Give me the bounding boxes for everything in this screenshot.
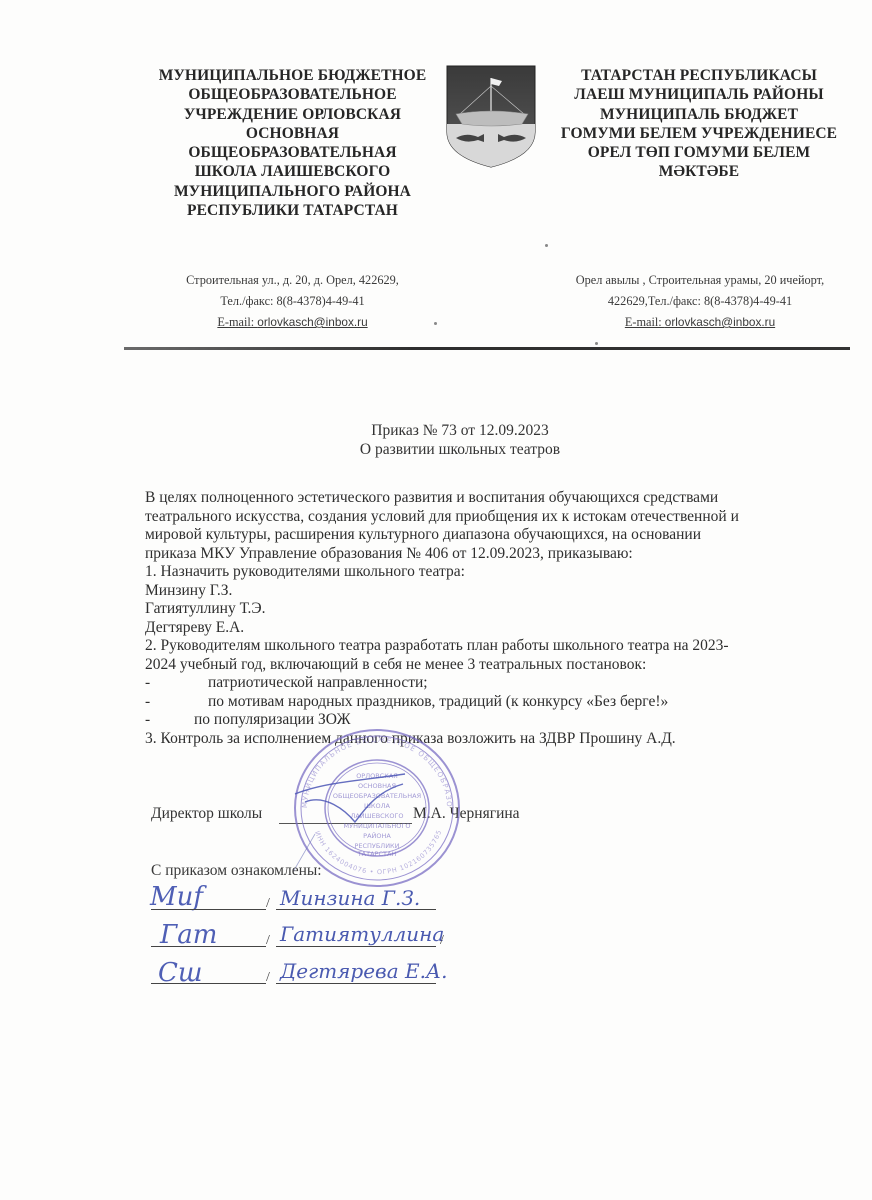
handwritten-name: Минзина Г.З. — [280, 886, 420, 910]
director-label: Директор школы — [151, 805, 262, 823]
contacts-right: Орел авылы , Строительная урамы, 20 ичей… — [540, 270, 860, 333]
separator: / — [266, 970, 270, 986]
item-2-line: 2024 учебный год, включающий в себя не м… — [145, 656, 785, 675]
header-line: ОБЩЕОБРАЗОВАТЕЛЬНОЕ — [140, 85, 445, 104]
header-line: ОБЩЕОБРАЗОВАТЕЛЬНАЯ — [140, 143, 445, 162]
signature-line — [151, 946, 266, 947]
name-line — [276, 909, 436, 910]
email-link[interactable]: orlovkasch@inbox.ru — [665, 315, 775, 329]
bullet-dash: - — [145, 693, 150, 712]
svg-text:РАЙОНА: РАЙОНА — [363, 831, 391, 840]
svg-text:ОБЩЕОБРАЗОВАТЕЛЬНАЯ: ОБЩЕОБРАЗОВАТЕЛЬНАЯ — [333, 792, 421, 800]
header-line: ОРЕЛ ТӨП ГОМУМИ БЕЛЕМ — [540, 143, 858, 162]
svg-text:РЕСПУБЛИКИ: РЕСПУБЛИКИ — [354, 842, 399, 850]
order-number: Приказ № 73 от 12.09.2023 — [300, 421, 620, 440]
order-title-block: Приказ № 73 от 12.09.2023 О развитии шко… — [300, 421, 620, 459]
header-line: РЕСПУБЛИКИ ТАТАРСТАН — [140, 201, 445, 220]
item-1: 1. Назначить руководителями школьного те… — [145, 563, 785, 582]
intro-line: мировой культуры, расширения культурного… — [145, 526, 785, 545]
contacts-left: Строительная ул., д. 20, д. Орел, 422629… — [140, 270, 445, 333]
item-3: 3. Контроль за исполнением данного прика… — [145, 730, 785, 749]
handwritten-signature: Мuf — [150, 882, 203, 912]
header-line: МУНИЦИПАЛЬНОЕ БЮДЖЕТНОЕ — [140, 66, 445, 85]
address: Строительная ул., д. 20, д. Орел, 422629… — [140, 270, 445, 291]
separator: / — [266, 933, 270, 949]
header-line: ТАТАРСТАН РЕСПУБЛИКАСЫ — [540, 66, 858, 85]
intro-line: приказа МКУ Управление образования № 406… — [145, 545, 785, 564]
intro-line: В целях полноценного эстетического разви… — [145, 489, 785, 508]
header-line: МУНИЦИПАЛЬНОГО РАЙОНА — [140, 182, 445, 201]
leader-name: Минзину Г.З. — [145, 582, 785, 601]
leader-name: Дегтяреву Е.А. — [145, 619, 785, 638]
email-row: E-mail: orlovkasch@inbox.ru — [140, 312, 445, 333]
header-line: МӘКТӘБЕ — [540, 162, 858, 181]
bullet-text: патриотической направленности; — [208, 674, 428, 693]
scan-speck — [434, 322, 437, 325]
handwritten-name: Гатиятуллина — [280, 922, 444, 946]
handwritten-name: Дегтярева Е.А. — [280, 959, 447, 983]
scan-speck — [510, 520, 512, 522]
bullet-item: - по популяризации ЗОЖ — [145, 711, 785, 730]
item-2-line: 2. Руководителям школьного театра разраб… — [145, 637, 785, 656]
header-line: ОСНОВНАЯ — [140, 124, 445, 143]
acknowledgement-label: С приказом ознакомлены: — [151, 862, 322, 880]
scan-speck — [595, 342, 598, 345]
address: Орел авылы , Строительная урамы, 20 ичей… — [540, 270, 860, 291]
separator: / — [266, 896, 270, 912]
bullet-item: - патриотической направленности; — [145, 674, 785, 693]
order-subject: О развитии школьных театров — [300, 440, 620, 459]
svg-text:МУНИЦИПАЛЬНОГО: МУНИЦИПАЛЬНОГО — [344, 822, 411, 830]
bullet-dash: - — [145, 711, 150, 730]
separator: / — [440, 933, 444, 949]
svg-text:ТАТАРСТАН: ТАТАРСТАН — [357, 850, 397, 858]
signature-line — [151, 983, 266, 984]
phone-fax: Тел./факс: 8(8-4378)4-49-41 — [140, 291, 445, 312]
email-link[interactable]: orlovkasch@inbox.ru — [257, 315, 367, 329]
leader-name: Гатиятуллину Т.Э. — [145, 600, 785, 619]
signature-line — [151, 909, 266, 910]
header-line: ГОМУМИ БЕЛЕМ УЧРЕЖДЕНИЕСЕ — [540, 124, 858, 143]
bullet-dash: - — [145, 674, 150, 693]
email-row: E-mail: orlovkasch@inbox.ru — [540, 312, 860, 333]
email-label: E-mail: — [217, 315, 257, 329]
coat-of-arms-icon — [444, 64, 538, 169]
intro-line: театрального искусства, создания условий… — [145, 508, 785, 527]
school-name-russian: МУНИЦИПАЛЬНОЕ БЮДЖЕТНОЕ ОБЩЕОБРАЗОВАТЕЛЬ… — [140, 66, 445, 220]
header-divider — [124, 347, 850, 350]
bullet-text: по мотивам народных праздников, традиций… — [208, 693, 668, 712]
scan-speck — [545, 244, 548, 247]
name-line — [276, 983, 436, 984]
header-line: МУНИЦИПАЛЬ БЮДЖЕТ — [540, 105, 858, 124]
name-line — [276, 946, 436, 947]
header-line: ЛАЕШ МУНИЦИПАЛЬ РАЙОНЫ — [540, 85, 858, 104]
school-name-tatar: ТАТАРСТАН РЕСПУБЛИКАСЫ ЛАЕШ МУНИЦИПАЛЬ Р… — [540, 66, 858, 182]
bullet-item: - по мотивам народных праздников, традиц… — [145, 693, 785, 712]
header-line: УЧРЕЖДЕНИЕ ОРЛОВСКАЯ — [140, 105, 445, 124]
order-body: В целях полноценного эстетического разви… — [145, 489, 785, 748]
header-line: ШКОЛА ЛАИШЕВСКОГО — [140, 162, 445, 181]
email-label: E-mail: — [625, 315, 665, 329]
phone-fax: 422629,Тел./факс: 8(8-4378)4-49-41 — [540, 291, 860, 312]
svg-text:ЛАИШЕВСКОГО: ЛАИШЕВСКОГО — [350, 812, 403, 820]
